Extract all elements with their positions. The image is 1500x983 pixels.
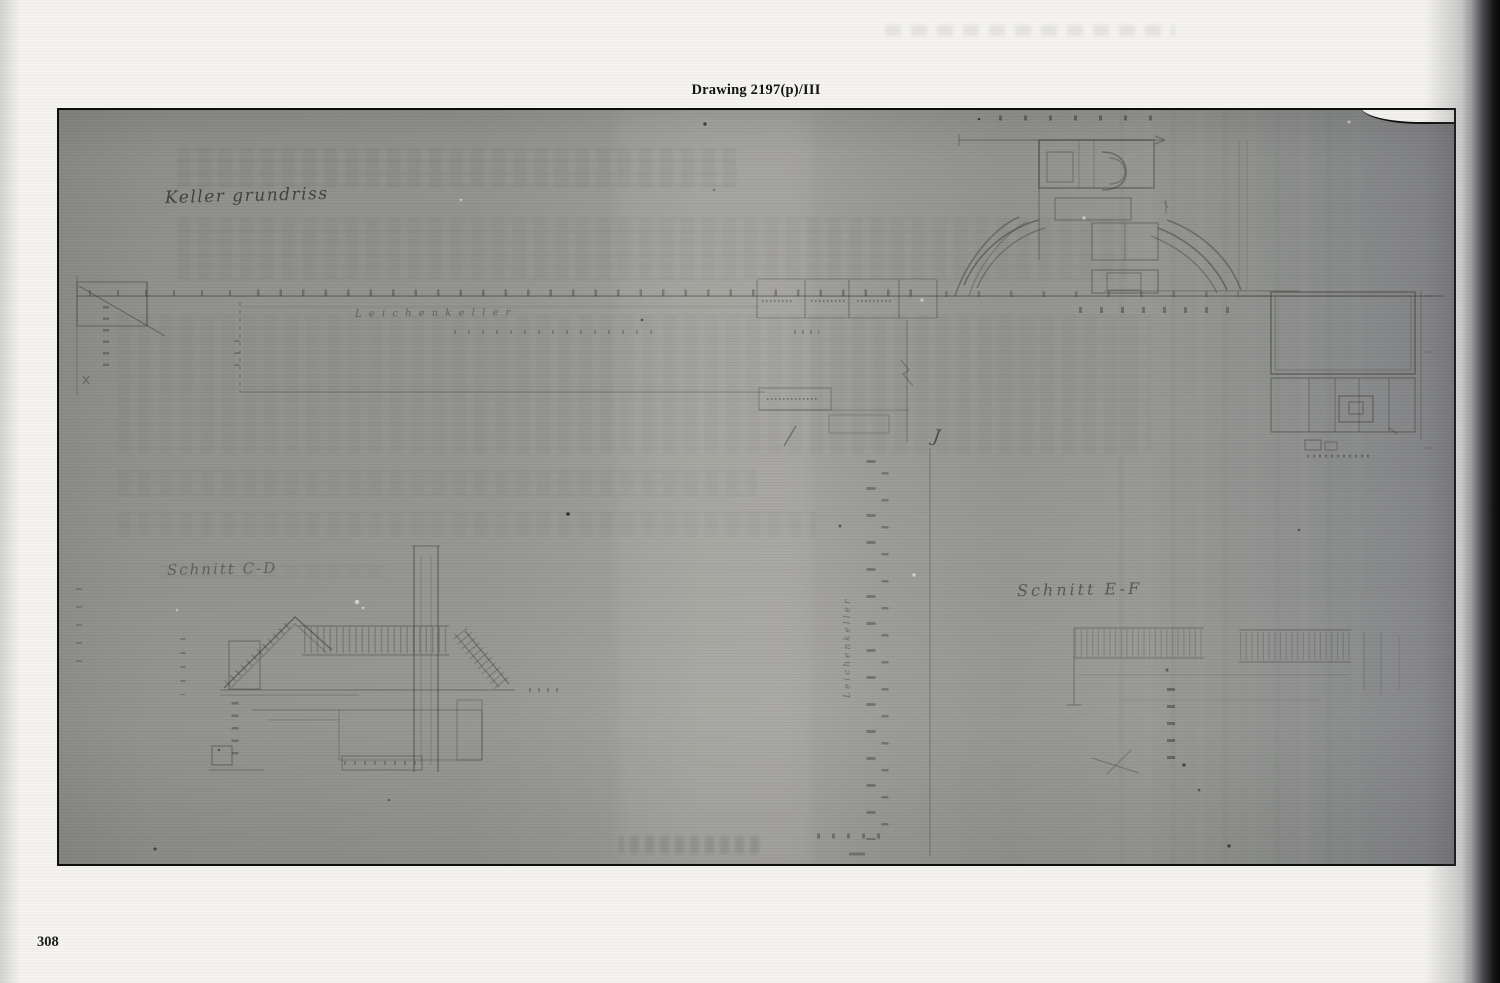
label-schnitt-ef: Schnitt E-F	[1017, 579, 1142, 600]
pencil-drawing	[59, 110, 1454, 864]
book-edge-black-band	[1462, 0, 1500, 983]
figure-caption: Drawing 2197(p)/III	[691, 82, 820, 99]
page-number: 308	[37, 934, 59, 951]
label-keller-grundriss: Keller grundriss	[165, 184, 329, 208]
caption-bleedthrough	[885, 25, 1175, 36]
page-left-edge-shade	[0, 0, 20, 983]
label-leichenkeller-horizontal: L e i c h e n k e l l e r	[355, 307, 512, 319]
label-schnitt-cd: Schnitt C-D	[167, 559, 278, 579]
label-leichenkeller-vertical: Leichenkeller	[843, 568, 853, 698]
drawing-photograph: Keller grundriss L e i c h e n k e l l e…	[57, 108, 1456, 866]
